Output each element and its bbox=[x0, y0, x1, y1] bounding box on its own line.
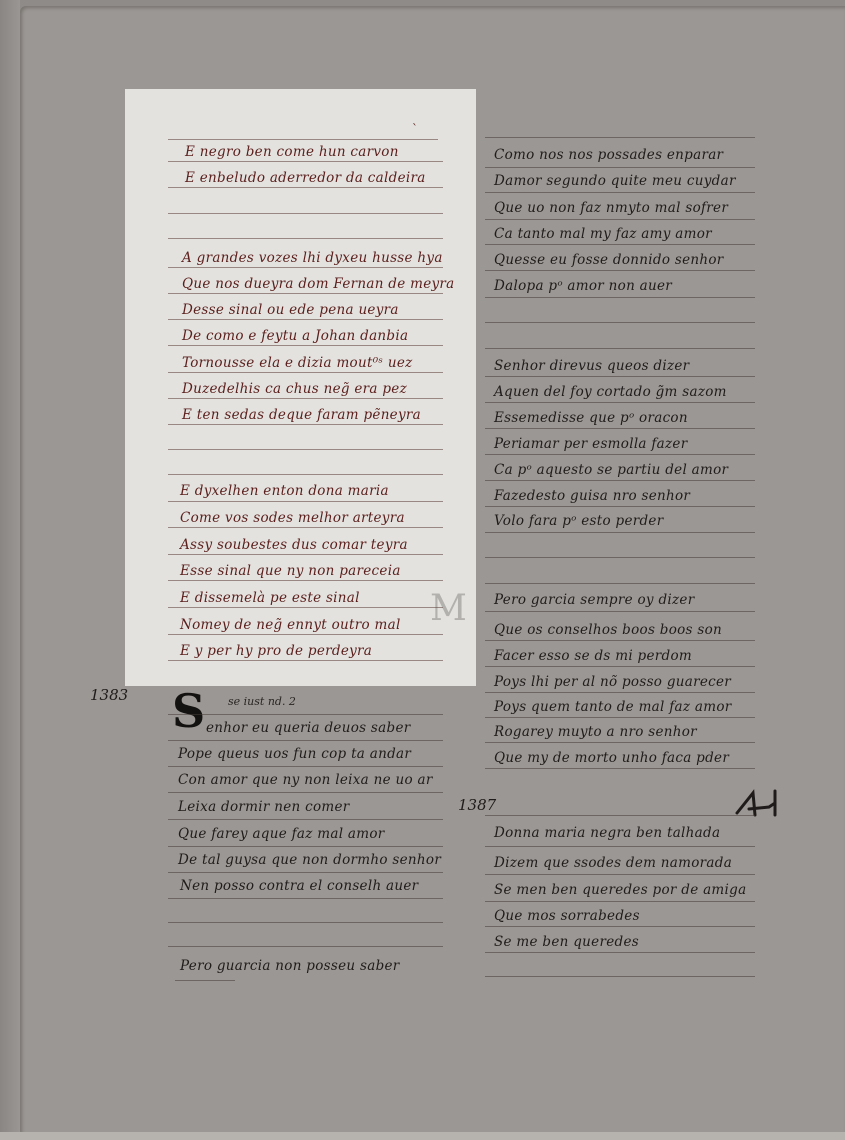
ruled-line bbox=[485, 137, 755, 138]
ruled-line bbox=[168, 474, 443, 475]
ruled-line bbox=[168, 922, 443, 923]
text-line: Periamar per esmolla fazer bbox=[494, 436, 687, 452]
text-line: Poys quem tanto de mal faz amor bbox=[494, 699, 732, 715]
item-number: 1383 bbox=[90, 686, 128, 704]
attribution-line: Pero guarcia non posseu saber bbox=[180, 958, 400, 974]
ruled-line bbox=[485, 376, 755, 377]
text-line: Dizem que ssodes dem namorada bbox=[494, 855, 732, 871]
text-line: De como e feytu a Johan danbia bbox=[182, 328, 408, 344]
ruled-line bbox=[485, 926, 755, 927]
ruled-line bbox=[168, 139, 438, 140]
ruled-line bbox=[485, 692, 755, 693]
ruled-line bbox=[168, 501, 443, 502]
scan-left-strip bbox=[0, 0, 20, 1140]
text-line: Damor segundo quite meu cuydar bbox=[494, 173, 736, 189]
ruled-line bbox=[168, 898, 443, 899]
ruled-line bbox=[168, 398, 443, 399]
ruled-line bbox=[485, 506, 755, 507]
text-line: Fazedesto guisa nro senhor bbox=[494, 488, 690, 504]
ruled-line bbox=[485, 815, 755, 816]
ruled-line bbox=[485, 402, 755, 403]
ruled-line bbox=[485, 454, 755, 455]
ruled-line bbox=[168, 766, 443, 767]
ruled-line bbox=[168, 660, 443, 661]
ruled-line bbox=[485, 297, 755, 298]
ruled-line bbox=[168, 607, 443, 608]
ruled-line bbox=[168, 740, 443, 741]
ruled-line bbox=[485, 666, 755, 667]
ruled-line bbox=[485, 192, 755, 193]
text-line: Dalopa pᵒ amor non auer bbox=[494, 278, 672, 294]
text-line: Tornousse ela e dizia mout⁰ˢ uez bbox=[182, 355, 413, 371]
text-line: Nomey de neg̃ ennyt outro mal bbox=[180, 617, 401, 633]
text-line: Aquen del foy cortado g̃m sazom bbox=[494, 384, 727, 400]
ruled-line bbox=[168, 554, 443, 555]
text-line: Con amor que ny non leixa ne uo ar bbox=[178, 772, 433, 788]
text-line: Que nos dueyra dom Fernan de meyra bbox=[182, 276, 455, 292]
ruled-line bbox=[485, 532, 755, 533]
ruled-line bbox=[485, 244, 755, 245]
ruled-line bbox=[168, 161, 443, 162]
ruled-line bbox=[168, 846, 443, 847]
text-line: Que uo non faz nmyto mal sofrer bbox=[494, 200, 728, 216]
ruled-line bbox=[485, 557, 755, 558]
ruled-line bbox=[485, 640, 755, 641]
text-line: Leixa dormir nen comer bbox=[178, 799, 350, 815]
ruled-line bbox=[168, 792, 443, 793]
text-line: Pero garcia sempre oy dizer bbox=[494, 592, 694, 608]
ruled-line bbox=[485, 846, 755, 847]
text-line: E y per hy pro de perdeyra bbox=[180, 643, 372, 659]
ruled-line bbox=[168, 872, 443, 873]
ruled-line bbox=[485, 428, 755, 429]
text-line: Que farey aque faz mal amor bbox=[178, 826, 385, 842]
ruled-line bbox=[175, 980, 235, 981]
text-line: Nen posso contra el conselh auer bbox=[180, 878, 418, 894]
text-line: Rogarey muyto a nro senhor bbox=[494, 724, 697, 740]
text-line: Ca pᵒ aquesto se partiu del amor bbox=[494, 462, 728, 478]
text-line: Essemedisse que pᵒ oracon bbox=[494, 410, 688, 426]
ruled-line bbox=[485, 874, 755, 875]
scan-bottom-edge bbox=[0, 1132, 845, 1140]
ruled-line bbox=[168, 238, 443, 239]
text-line: Come vos sodes melhor arteyra bbox=[180, 510, 405, 526]
text-line: E negro ben come hun carvon bbox=[185, 144, 399, 160]
text-line: Ca tanto mal my faz amy amor bbox=[494, 226, 712, 242]
text-line: Facer esso se ds mi perdom bbox=[494, 648, 692, 664]
ruled-line bbox=[168, 267, 443, 268]
ruled-line bbox=[485, 717, 755, 718]
ruled-line bbox=[168, 345, 443, 346]
text-line: Que os conselhos boos boos son bbox=[494, 622, 722, 638]
ruled-line bbox=[485, 768, 755, 769]
ruled-line bbox=[485, 742, 755, 743]
ruled-line bbox=[485, 480, 755, 481]
ruled-line bbox=[485, 611, 755, 612]
text-line: Se me ben queredes bbox=[494, 934, 639, 950]
text-line: Volo fara pᵒ esto perder bbox=[494, 513, 663, 529]
text-line: E dissemelà pe este sinal bbox=[180, 590, 360, 606]
text-line: A grandes vozes lhi dyxeu husse hya bbox=[182, 250, 443, 266]
text-line: De tal guysa que non dormho senhor bbox=[178, 852, 441, 868]
text-line: E dyxelhen enton dona maria bbox=[180, 483, 389, 499]
text-line: enhor eu queria deuos saber bbox=[206, 720, 411, 736]
ruled-line bbox=[168, 424, 443, 425]
ruled-line bbox=[485, 952, 755, 953]
rubric-note: se iust nd. 2 bbox=[228, 695, 296, 708]
ruled-line bbox=[485, 219, 755, 220]
ruled-line bbox=[168, 946, 443, 947]
ruled-line bbox=[168, 819, 443, 820]
tick-mark: ` bbox=[412, 122, 418, 136]
ruled-line bbox=[485, 270, 755, 271]
ruled-line bbox=[485, 322, 755, 323]
text-line: Desse sinal ou ede pena ueyra bbox=[182, 302, 399, 318]
ruled-line bbox=[485, 901, 755, 902]
text-line: Esse sinal que ny non pareceia bbox=[180, 563, 401, 579]
text-line: Donna maria negra ben talhada bbox=[494, 825, 720, 841]
ruled-line bbox=[168, 714, 443, 715]
text-line: Como nos nos possades enparar bbox=[494, 147, 723, 163]
item-number: 1387 bbox=[458, 796, 496, 814]
text-line: E ten sedas deque faram pẽneyra bbox=[182, 407, 421, 423]
text-line: Duzedelhis ca chus neg̃ era pez bbox=[182, 381, 407, 397]
ruled-line bbox=[485, 167, 755, 168]
text-line: Assy soubestes dus comar teyra bbox=[180, 537, 408, 553]
ruled-line bbox=[168, 319, 443, 320]
ruled-line bbox=[168, 449, 443, 450]
ruled-line bbox=[168, 187, 443, 188]
decorated-initial: S bbox=[172, 688, 205, 734]
faint-marginal-letter: M bbox=[430, 588, 467, 629]
ruled-line bbox=[485, 583, 755, 584]
text-line: Poys lhi per al nõ posso guarecer bbox=[494, 674, 731, 690]
ruled-line bbox=[168, 634, 443, 635]
ruled-line bbox=[168, 213, 443, 214]
ruled-line bbox=[168, 580, 443, 581]
text-line: E enbeludo aderredor da caldeira bbox=[185, 170, 426, 186]
ruled-line bbox=[168, 293, 443, 294]
text-line: Se men ben queredes por de amiga bbox=[494, 882, 746, 898]
ruled-line bbox=[168, 372, 443, 373]
text-line: Pope queus uos fun cop ta andar bbox=[178, 746, 411, 762]
text-line: Que my de morto unho faca pder bbox=[494, 750, 729, 766]
ruled-line bbox=[485, 348, 755, 349]
text-line: Senhor direvus queos dizer bbox=[494, 358, 689, 374]
text-line: Que mos sorrabedes bbox=[494, 908, 640, 924]
ruled-line bbox=[168, 527, 443, 528]
ruled-line bbox=[485, 976, 755, 977]
text-line: Quesse eu fosse donnido senhor bbox=[494, 252, 724, 268]
